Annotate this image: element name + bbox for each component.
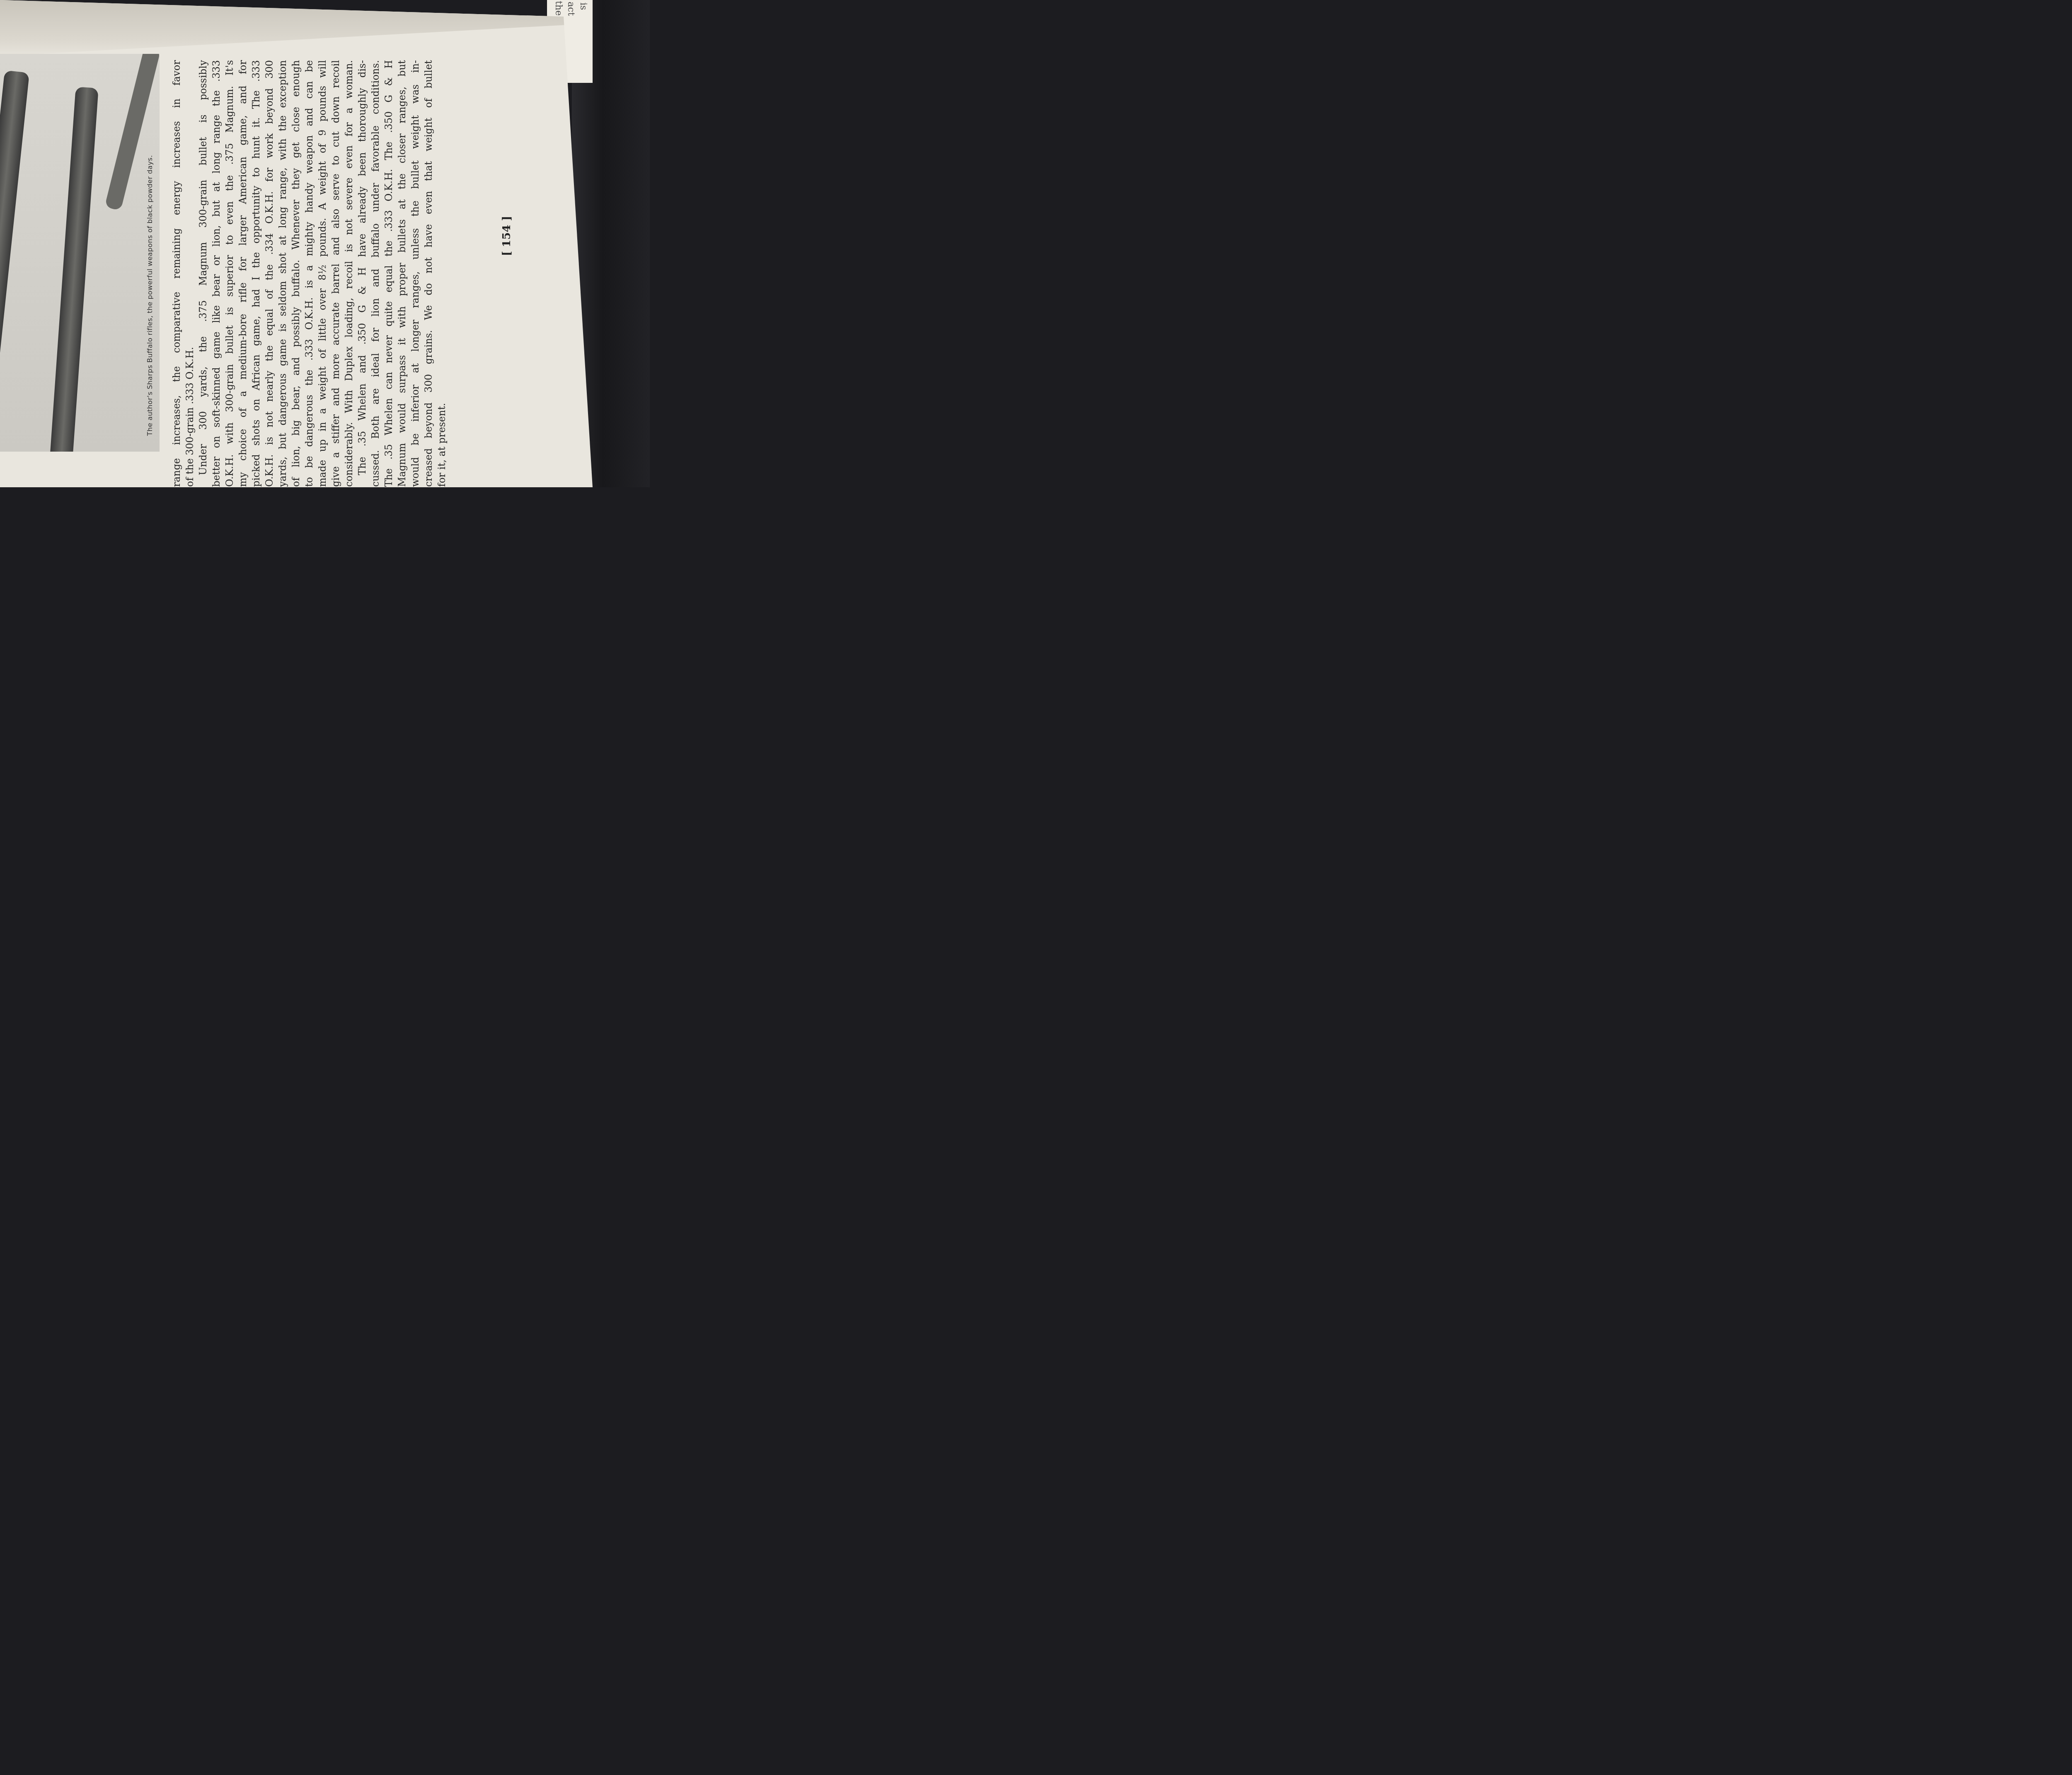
text-line: The .35 Whelen and .350 G & H have alrea…: [356, 60, 369, 487]
facing-page-fragment: act: [566, 2, 576, 16]
book-page: The author's Sharps Buffalo rifles, the …: [0, 0, 593, 487]
rifle-image: [48, 87, 98, 452]
text-line: Under 300 yards, the .375 Magnum 300-gra…: [196, 60, 210, 487]
page-number: [ 154 ]: [501, 216, 513, 256]
facing-page-fragment: is: [578, 2, 588, 10]
text-line: O.K.H. is not nearly the equal of the .3…: [263, 60, 276, 487]
page-fold-shadow: [0, 0, 593, 58]
text-line: of lion, big bear, and possibly buffalo.…: [289, 60, 303, 487]
text-line: yards, but dangerous game is seldom shot…: [276, 60, 289, 487]
text-line: O.K.H. with 300-grain bullet is superior…: [223, 60, 236, 487]
text-line: The .35 Whelen can never quite equal the…: [382, 60, 395, 487]
figure-caption: The author's Sharps Buffalo rifles, the …: [146, 155, 154, 436]
text-line: creased beyond 300 grains. We do not hav…: [422, 60, 435, 487]
text-line: my choice of a medium-bore rifle for lar…: [236, 60, 249, 487]
text-line: of the 300-grain .333 O.K.H.: [183, 60, 196, 487]
text-line: range increases, the comparative remaini…: [170, 60, 183, 487]
rifles-photo: [0, 54, 160, 452]
text-line: give a stiffer and more accurate barrel …: [329, 60, 342, 487]
text-line: Magnum would surpass it with proper bull…: [395, 60, 409, 487]
body-text: range increases, the comparative remaini…: [170, 60, 448, 487]
text-line: for it, at present.: [435, 60, 448, 487]
text-line: better on soft-skinned game like bear or…: [210, 60, 223, 487]
text-line: picked shots on African game, had I the …: [249, 60, 263, 487]
rifle-image: [0, 70, 29, 452]
text-line: would be inferior at longer ranges, unle…: [409, 60, 422, 487]
text-line: to be dangerous the .333 O.K.H. is a mig…: [303, 60, 316, 487]
text-line: made up in a weight of little over 8½ po…: [316, 60, 329, 487]
facing-page-fragment: the: [553, 1, 564, 16]
text-line: cussed. Both are ideal for lion and buff…: [369, 60, 382, 487]
text-line: considerably. With Duplex loading, recoi…: [342, 60, 356, 487]
